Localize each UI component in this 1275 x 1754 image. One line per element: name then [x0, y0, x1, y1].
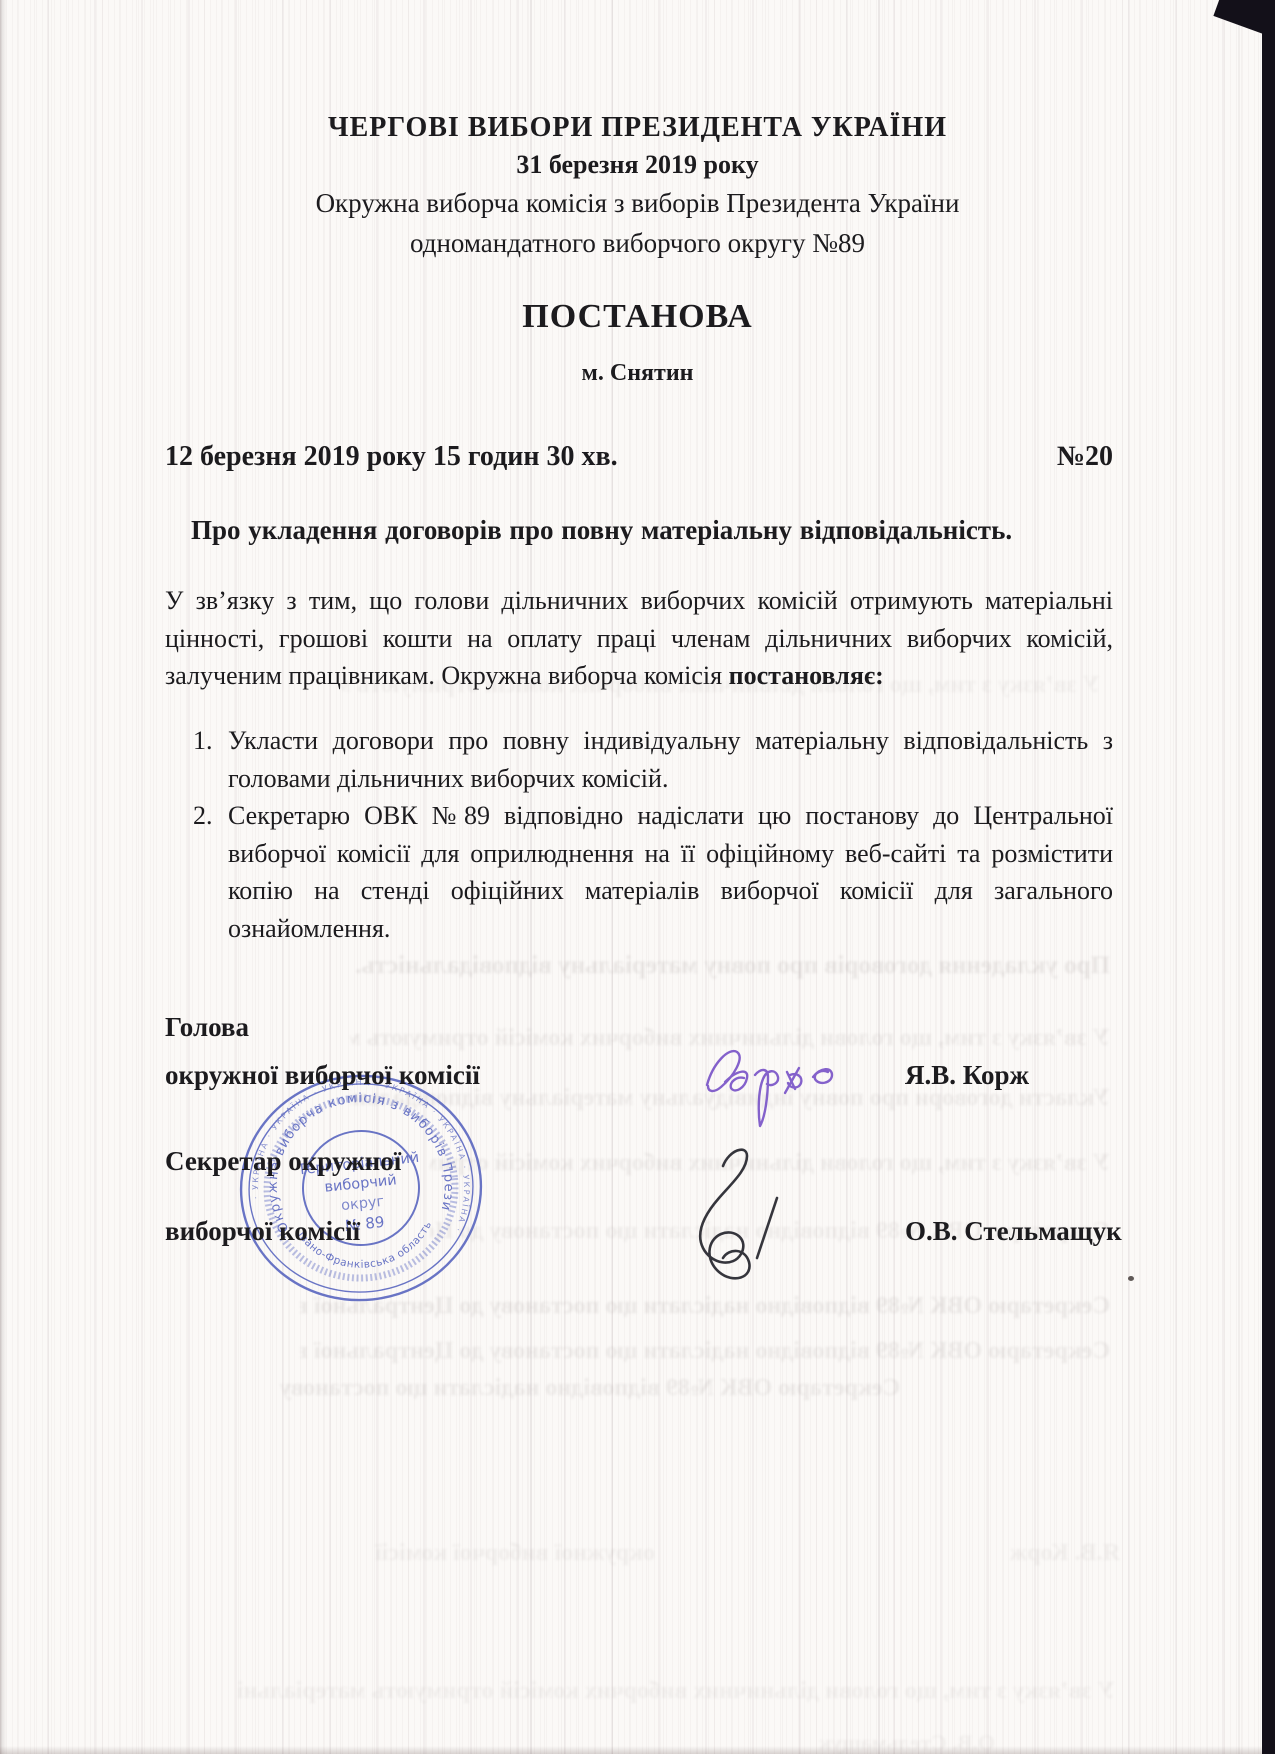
- document-place: м. Снятин: [0, 360, 1275, 387]
- bleed-through-line: У зв’язку з тим, що голови дільничних ви…: [235, 1678, 1115, 1705]
- signature1-name: Я.В. Корж: [905, 1060, 1029, 1091]
- signature2-role-line1: Секретар окружної: [165, 1146, 401, 1177]
- list-item-2-number: 2.: [193, 797, 213, 835]
- bleed-through-line: Про укладення договорів про повну матері…: [275, 952, 1110, 980]
- list-item-1-text: Укласти договори про повну індивідуальну…: [228, 722, 1113, 797]
- scan-streak: [1238, 0, 1240, 1754]
- body-paragraph-text: У зв’язку з тим, що голови дільничних ви…: [165, 586, 1113, 690]
- subject-line: Про укладення договорів про повну матері…: [165, 515, 1113, 546]
- header-district: одномандатного виборчого округу №89: [0, 228, 1275, 259]
- scan-edge: [1262, 0, 1275, 1754]
- ink-speck: [1128, 1276, 1134, 1281]
- scanned-document-page: У зв’язку з тим, що голови дільничних ви…: [0, 0, 1275, 1754]
- list-item-1: 1. Укласти договори про повну індивідуал…: [165, 722, 1113, 797]
- bleed-through-line: Секретарю ОВК №89 відповідно надіслати ц…: [300, 1338, 1110, 1365]
- header-commission: Окружна виборча комісія з виборів Презид…: [0, 188, 1275, 219]
- date-number-row: 12 березня 2019 року 15 годин 30 хв. №20: [165, 441, 1113, 473]
- list-item-2-text: Секретарю ОВК №89 відповідно надіслати ц…: [228, 797, 1113, 947]
- document-datetime: 12 березня 2019 року 15 годин 30 хв.: [165, 441, 618, 473]
- header-date: 31 березня 2019 року: [0, 150, 1275, 180]
- body-paragraph: У зв’язку з тим, що голови дільничних ви…: [165, 582, 1113, 695]
- resolution-list: 1. Укласти договори про повну індивідуал…: [165, 722, 1113, 947]
- document-type-title: ПОСТАНОВА: [0, 298, 1275, 336]
- body-paragraph-bold: постановляє:: [729, 661, 884, 690]
- bleed-through-line: Секретарю ОВК №89 відповідно надіслати ц…: [280, 1375, 900, 1402]
- document-number: №20: [1057, 441, 1113, 473]
- signature2-role-line2: виборчої комісії: [165, 1216, 360, 1247]
- scan-edge-shadow: [0, 0, 7, 1754]
- list-item-2: 2. Секретарю ОВК №89 відповідно надіслат…: [165, 797, 1113, 947]
- stamp-center-line3: округ: [340, 1194, 384, 1214]
- bleed-through-line: окружної виборчої комісії: [235, 1540, 655, 1567]
- bleed-through-line: Я.В. Корж: [990, 1540, 1120, 1567]
- signature2-name: О.В. Стельмащук: [905, 1216, 1122, 1247]
- header-title: ЧЕРГОВІ ВИБОРИ ПРЕЗИДЕНТА УКРАЇНИ: [0, 112, 1275, 144]
- handwritten-signature-stelmashchuk: [665, 1142, 805, 1300]
- list-item-1-number: 1.: [193, 722, 213, 760]
- signature1-role-line1: Голова: [165, 1012, 249, 1043]
- handwritten-signature-korzh: [695, 1025, 870, 1135]
- round-stamp: · УКРАЇНА · УКРАЇНА · УКРАЇНА · УКРАЇНА …: [234, 1072, 488, 1308]
- scan-edge-shadow: [0, 1746, 1262, 1754]
- signature1-role-line2: окружної виборчої комісії: [165, 1060, 480, 1091]
